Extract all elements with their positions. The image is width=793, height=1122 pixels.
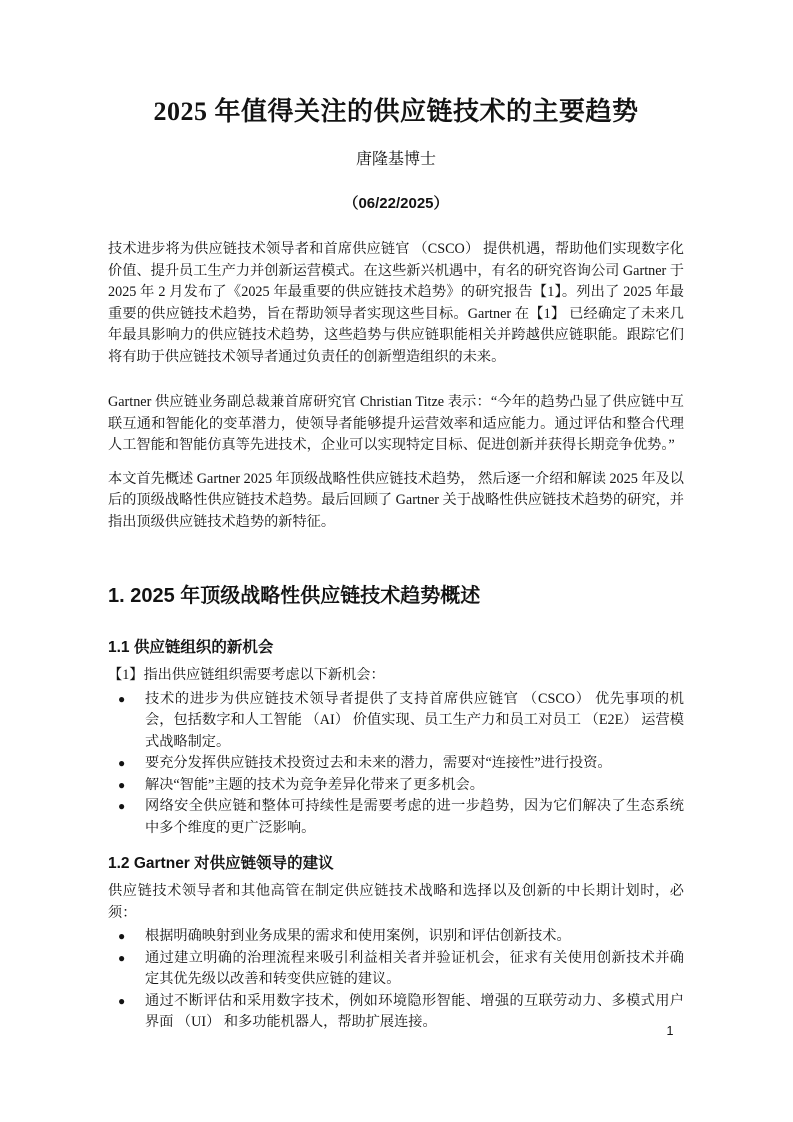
bullet-icon: ● [108,991,145,1013]
intro-paragraph-2: Gartner 供应链业务副总裁兼首席研究官 Christian Titze 表… [108,392,684,457]
document-page: 2025 年值得关注的供应链技术的主要趋势 唐隆基博士 （06/22/2025）… [0,0,793,1122]
bullet-item: ● 解决“智能”主题的技术为竞争差异化带来了更多机会。 [108,775,684,797]
bullet-item: ● 通过不断评估和采用数字技术，例如环境隐形智能、增强的互联劳动力、多模式用户界… [108,991,684,1034]
bullet-item: ● 通过建立明确的治理流程来吸引利益相关者并验证机会，征求有关使用创新技术并确定… [108,948,684,991]
bullet-item: ● 根据明确映射到业务成果的需求和使用案例，识别和评估创新技术。 [108,926,684,948]
page-number: 1 [660,1024,680,1038]
document-content: 2025 年值得关注的供应链技术的主要趋势 唐隆基博士 （06/22/2025）… [108,0,684,1034]
bullet-icon: ● [108,753,145,775]
bullet-text: 网络安全供应链和整体可持续性是需要考虑的进一步趋势，因为它们解决了生态系统中多个… [145,796,684,839]
bullet-item: ● 要充分发挥供应链技术投资过去和未来的潜力，需要对“连接性”进行投资。 [108,753,684,775]
bullet-icon: ● [108,689,145,711]
subsection-1-1-lead: 【1】指出供应链组织需要考虑以下新机会： [108,665,684,687]
bullet-icon: ● [108,948,145,970]
bullet-icon: ● [108,796,145,818]
bullet-text: 通过不断评估和采用数字技术，例如环境隐形智能、增强的互联劳动力、多模式用户界面 … [145,991,684,1034]
bullet-icon: ● [108,926,145,948]
subsection-1-1-bullet-list: ● 技术的进步为供应链技术领导者提供了支持首席供应链官 （CSCO） 优先事项的… [108,689,684,840]
subsection-1-2-bullet-list: ● 根据明确映射到业务成果的需求和使用案例，识别和评估创新技术。 ● 通过建立明… [108,926,684,1034]
subsection-1-1-heading: 1.1 供应链组织的新机会 [108,637,684,659]
page-title: 2025 年值得关注的供应链技术的主要趋势 [108,96,684,128]
section-1-heading: 1. 2025 年顶级战略性供应链技术趋势概述 [108,583,684,609]
bullet-icon: ● [108,775,145,797]
subsection-1-2-lead: 供应链技术领导者和其他高管在制定供应链技术战略和选择以及创新的中长期计划时，必须… [108,881,684,924]
bullet-text: 根据明确映射到业务成果的需求和使用案例，识别和评估创新技术。 [145,926,684,948]
intro-paragraph-3: 本文首先概述 Gartner 2025 年顶级战略性供应链技术趋势， 然后逐一介… [108,469,684,534]
bullet-text: 技术的进步为供应链技术领导者提供了支持首席供应链官 （CSCO） 优先事项的机会… [145,689,684,754]
author-line: 唐隆基博士 [108,149,684,171]
subsection-1-2-heading: 1.2 Gartner 对供应链领导的建议 [108,853,684,875]
bullet-item: ● 网络安全供应链和整体可持续性是需要考虑的进一步趋势，因为它们解决了生态系统中… [108,796,684,839]
bullet-text: 要充分发挥供应链技术投资过去和未来的潜力，需要对“连接性”进行投资。 [145,753,684,775]
intro-paragraph-1: 技术进步将为供应链技术领导者和首席供应链官 （CSCO） 提供机遇，帮助他们实现… [108,239,684,368]
bullet-item: ● 技术的进步为供应链技术领导者提供了支持首席供应链官 （CSCO） 优先事项的… [108,689,684,754]
bullet-text: 解决“智能”主题的技术为竞争差异化带来了更多机会。 [145,775,684,797]
bullet-text: 通过建立明确的治理流程来吸引利益相关者并验证机会，征求有关使用创新技术并确定其优… [145,948,684,991]
date-line: （06/22/2025） [108,193,684,215]
